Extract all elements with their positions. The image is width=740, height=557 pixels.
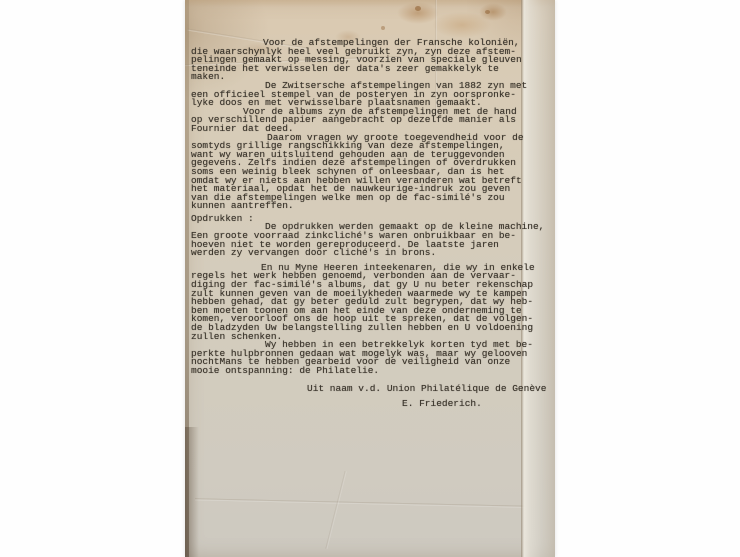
scan-canvas: Voor de afstempelingen der Fransche kolo… [0, 0, 740, 557]
letter-line: Uit naam v.d. Union Philatélique de Genè… [191, 385, 553, 394]
letter-line: teneinde het verwisselen der data's zeer… [191, 65, 553, 74]
letter-line: mooie ontspanning: de Philatelie. [191, 367, 553, 376]
stain-speck [415, 6, 421, 11]
crease-line [195, 498, 525, 507]
stain-speck [381, 26, 385, 30]
letter-body: Voor de afstempelingen der Fransche kolo… [191, 39, 553, 409]
document-photo: Voor de afstempelingen der Fransche kolo… [185, 0, 555, 557]
crease-line [325, 471, 346, 549]
corner-shadow [185, 427, 199, 557]
letter-line: E. Friederich. [191, 400, 553, 409]
stain-speck [485, 10, 490, 14]
letter-line: werden zy vervangen door cliché's in bro… [191, 249, 553, 258]
stain-blotch [479, 3, 507, 21]
letter-line: kunnen aantreffen. [191, 202, 553, 211]
